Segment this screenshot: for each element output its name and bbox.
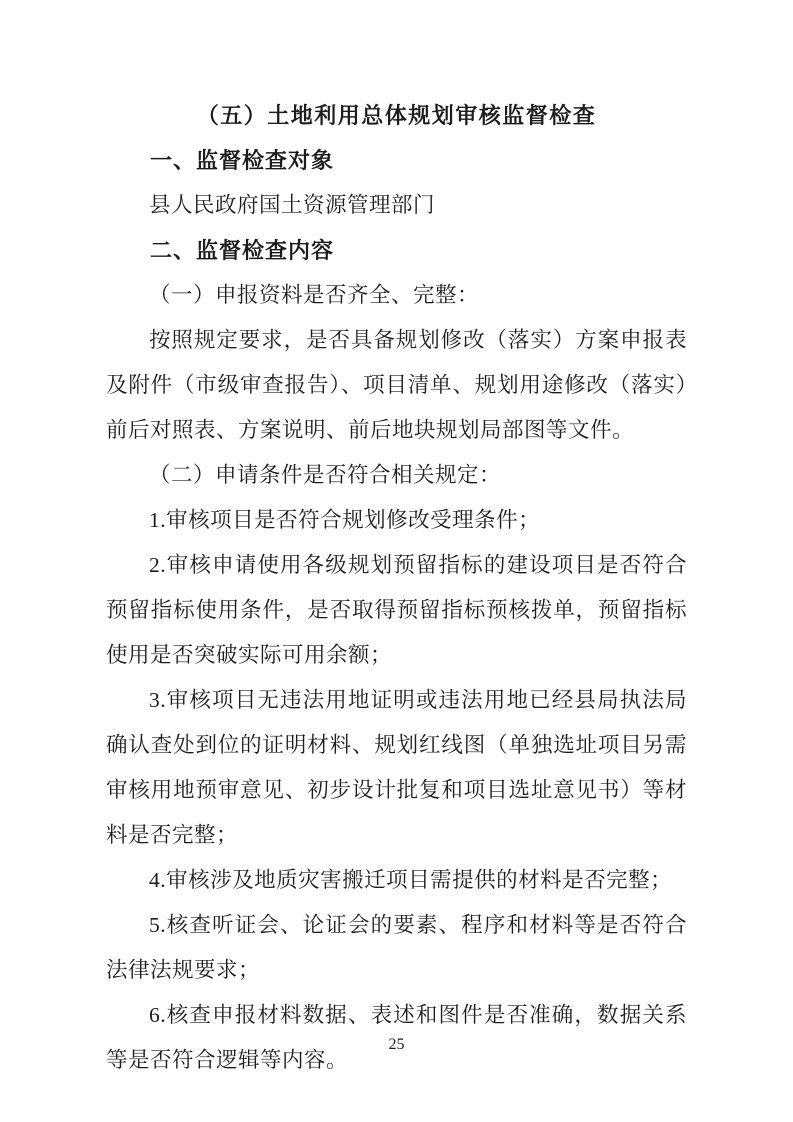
paragraph-subsection-2-title: （二）申请条件是否符合相关规定： — [106, 453, 687, 498]
paragraph-item-1: 1.审核项目是否符合规划修改受理条件； — [106, 498, 687, 543]
paragraph-item-3: 3.审核项目无违法用地证明或违法用地已经县局执法局确认查处到位的证明材料、规划红… — [106, 678, 687, 858]
document-page: （五）土地利用总体规划审核监督检查 一、监督检查对象 县人民政府国土资源管理部门… — [0, 0, 793, 1122]
page-number: 25 — [0, 1036, 793, 1054]
paragraph-item-4: 4.审核涉及地质灾害搬迁项目需提供的材料是否完整； — [106, 858, 687, 903]
paragraph-supervision-target: 县人民政府国土资源管理部门 — [106, 183, 687, 228]
section-heading-supervision-content: 二、监督检查内容 — [106, 228, 687, 273]
paragraph-subsection-1-body: 按照规定要求，是否具备规划修改（落实）方案申报表及附件（市级审查报告）、项目清单… — [106, 318, 687, 453]
paragraph-item-2: 2.审核申请使用各级规划预留指标的建设项目是否符合预留指标使用条件，是否取得预留… — [106, 543, 687, 678]
paragraph-subsection-1-title: （一）申报资料是否齐全、完整： — [106, 273, 687, 318]
document-title: （五）土地利用总体规划审核监督检查 — [106, 93, 687, 138]
paragraph-item-5: 5.核查听证会、论证会的要素、程序和材料等是否符合法律法规要求； — [106, 903, 687, 993]
section-heading-supervision-target: 一、监督检查对象 — [106, 138, 687, 183]
